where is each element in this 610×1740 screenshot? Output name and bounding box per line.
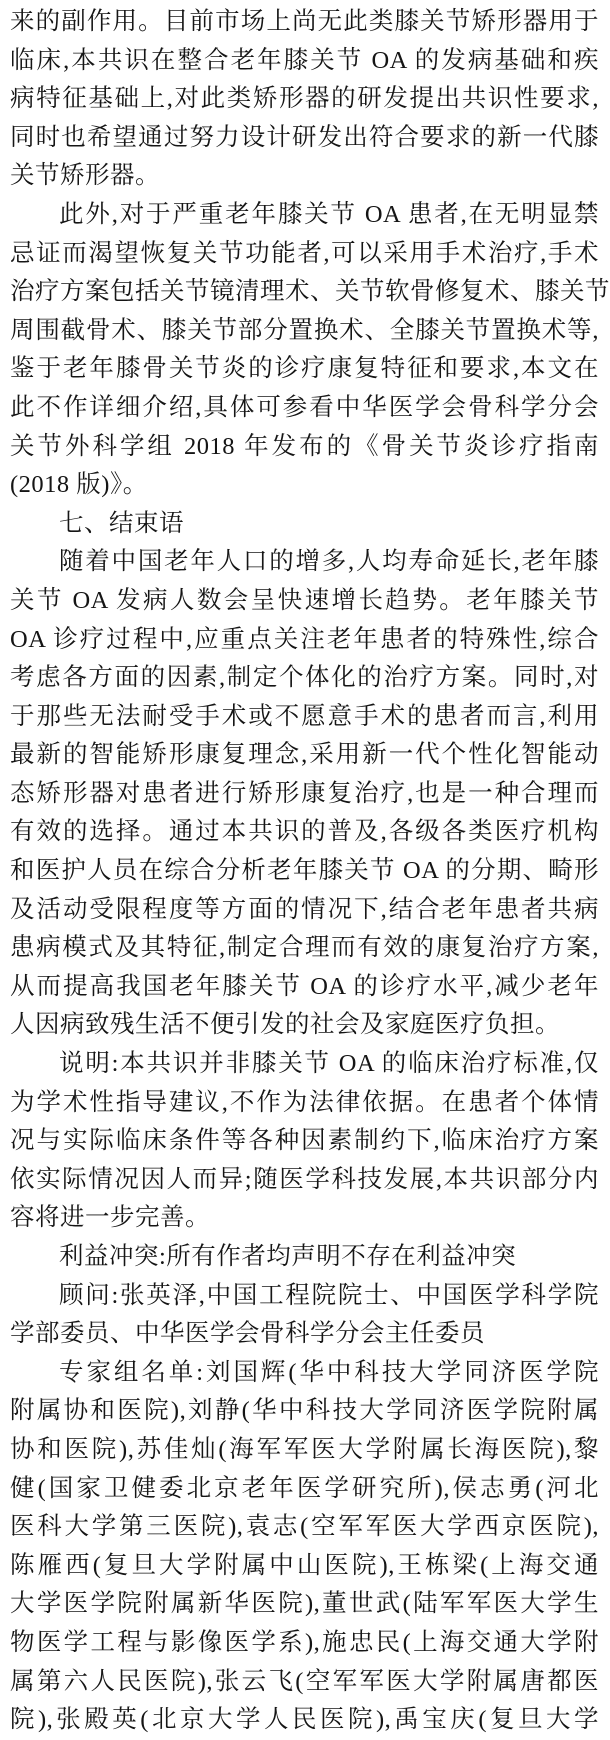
paragraph-disclaimer: 说明:本共识并非膝关节 OA 的临床治疗标准,仅为学术性指导建议,不作为法律依据… [10,1045,599,1238]
text-line: 临床,本共识在整合老年膝关节 OA 的发病基础和疾 [10,42,599,81]
text-line: 和医护人员在综合分析老年膝关节 OA 的分期、畸形 [10,852,599,891]
text-line: 健(国家卫健委北京老年医学研究所),侯志勇(河北 [10,1470,599,1509]
text-line: 物医学工程与影像医学系),施忠民(上海交通大学附 [10,1624,599,1663]
section-heading-conclusion: 七、结束语 [10,505,599,544]
paragraph-conclusion: 随着中国老年人口的增多,人均寿命延长,老年膝关节 OA 发病人数会呈快速增长趋势… [10,543,599,1045]
text-line: 关节 OA 发病人数会呈快速增长趋势。老年膝关节 [10,582,599,621]
text-line: 从而提高我国老年膝关节 OA 的诊疗水平,减少老年 [10,968,599,1007]
text-line: 大学医学院附属新华医院),董世武(陆军军医大学生 [10,1585,599,1624]
text-line: 学部委员、中华医学会骨科学分会主任委员 [10,1315,599,1354]
text-line: 利益冲突:所有作者均声明不存在利益冲突 [10,1238,599,1277]
text-line: 此外,对于严重老年膝关节 OA 患者,在无明显禁 [10,196,599,235]
text-line: 于那些无法耐受手术或不愿意手术的患者而言,利用 [10,698,599,737]
text-line: 病特征基础上,对此类矫形器的研发提出共识性要求, [10,80,599,119]
text-line: 人因病致残生活不便引发的社会及家庭医疗负担。 [10,1006,599,1045]
text-line: 属第六人民医院),张云飞(空军军医大学附属唐都医 [10,1663,599,1702]
text-line: 协和医院),苏佳灿(海军军医大学附属长海医院),黎 [10,1431,599,1470]
text-line: 周围截骨术、膝关节部分置换术、全膝关节置换术等, [10,312,599,351]
text-line: 为学术性指导建议,不作为法律依据。在患者个体情 [10,1084,599,1123]
text-line: 随着中国老年人口的增多,人均寿命延长,老年膝 [10,543,599,582]
text-line: 陈雁西(复旦大学附属中山医院),王栋梁(上海交通 [10,1547,599,1586]
text-line: 态矫形器对患者进行矫形康复治疗,也是一种合理而 [10,775,599,814]
text-line: 忌证而渴望恢复关节功能者,可以采用手术治疗,手术 [10,235,599,274]
text-line: 依实际情况因人而异;随医学科技发展,本共识部分内 [10,1161,599,1200]
text-line: 专家组名单:刘国辉(华中科技大学同济医学院 [10,1354,599,1393]
article-text-column: 来的副作用。目前市场上尚无此类膝关节矫形器用于临床,本共识在整合老年膝关节 OA… [10,3,599,1740]
paragraph-surgical-treatment: 此外,对于严重老年膝关节 OA 患者,在无明显禁忌证而渴望恢复关节功能者,可以采… [10,196,599,505]
text-line: 患病模式及其特征,制定合理而有效的康复治疗方案, [10,929,599,968]
text-line: (2018 版)》。 [10,466,599,505]
text-line: 院),张殿英(北京大学人民医院),禹宝庆(复旦大学 [10,1701,599,1740]
paragraph-conflict-of-interest: 利益冲突:所有作者均声明不存在利益冲突 [10,1238,599,1277]
document-page: 来的副作用。目前市场上尚无此类膝关节矫形器用于临床,本共识在整合老年膝关节 OA… [0,0,610,1740]
text-line: 最新的智能矫形康复理念,采用新一代个性化智能动 [10,736,599,775]
text-line: 医科大学第三医院),袁志(空军军医大学西京医院), [10,1508,599,1547]
text-line: 治疗方案包括关节镜清理术、关节软骨修复术、膝关节 [10,273,599,312]
text-line: OA 诊疗过程中,应重点关注老年患者的特殊性,综合 [10,621,599,660]
text-line: 关节外科学组 2018 年发布的《骨关节炎诊疗指南 [10,428,599,467]
text-line: 有效的选择。通过本共识的普及,各级各类医疗机构 [10,813,599,852]
text-line: 说明:本共识并非膝关节 OA 的临床治疗标准,仅 [10,1045,599,1084]
text-line: 顾问:张英泽,中国工程院院士、中国医学科学院 [10,1277,599,1316]
paragraph-advisor: 顾问:张英泽,中国工程院院士、中国医学科学院学部委员、中华医学会骨科学分会主任委… [10,1277,599,1354]
paragraph-orthosis-development: 来的副作用。目前市场上尚无此类膝关节矫形器用于临床,本共识在整合老年膝关节 OA… [10,3,599,196]
section-heading: 七、结束语 [10,505,599,544]
text-line: 附属协和医院),刘静(华中科技大学同济医学院附属 [10,1392,599,1431]
text-line: 况与实际临床条件等各种因素制约下,临床治疗方案 [10,1122,599,1161]
text-line: 及活动受限程度等方面的情况下,结合老年患者共病 [10,891,599,930]
text-line: 关节矫形器。 [10,157,599,196]
text-line: 来的副作用。目前市场上尚无此类膝关节矫形器用于 [10,3,599,42]
text-line: 同时也希望通过努力设计研发出符合要求的新一代膝 [10,119,599,158]
text-line: 鉴于老年膝骨关节炎的诊疗康复特征和要求,本文在 [10,350,599,389]
paragraph-expert-panel: 专家组名单:刘国辉(华中科技大学同济医学院附属协和医院),刘静(华中科技大学同济… [10,1354,599,1740]
text-line: 此不作详细介绍,具体可参看中华医学会骨科学分会 [10,389,599,428]
text-line: 考虑各方面的因素,制定个体化的治疗方案。同时,对 [10,659,599,698]
text-line: 容将进一步完善。 [10,1199,599,1238]
